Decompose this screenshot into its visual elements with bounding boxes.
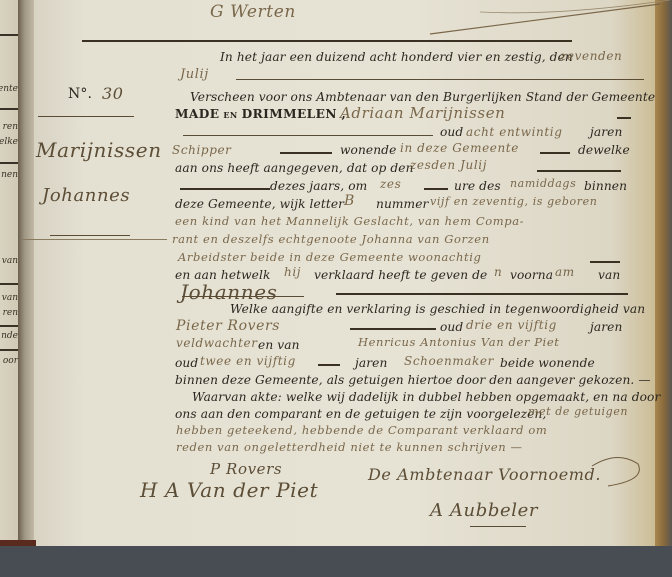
left-fragment: ente (0, 84, 18, 94)
handwritten-pronoun: hij (284, 265, 301, 279)
printed-text: van (598, 268, 620, 282)
handwritten-text: een kind van het Mannelijk Geslacht, van… (175, 214, 524, 228)
flourish-decoration (420, 0, 672, 40)
printed-text: voorna (510, 268, 553, 282)
printed-text: oud (440, 320, 463, 334)
fill-dash (590, 261, 620, 263)
handwritten-time-of-day: namiddags (510, 177, 576, 190)
handwritten-text: hebben geteekend, hebbende de Comparant … (176, 423, 547, 437)
fill-line (183, 135, 433, 136)
fill-dash (617, 117, 631, 119)
printed-text: binnen deze Gemeente, als getuigen hiert… (175, 373, 651, 387)
left-fragment: van (2, 256, 18, 266)
printed-text: ons aan den comparant en de getuigen te … (175, 407, 546, 421)
signature-witness2: H A Van der Piet (140, 478, 318, 502)
fill-line (350, 328, 436, 330)
left-fragment: nde (1, 331, 18, 341)
printed-text: aan ons heeft aangegeven, dat op den (175, 161, 414, 175)
handwritten-witness1-name: Pieter Rovers (176, 318, 280, 334)
entry-separator (82, 40, 287, 42)
page-edge (655, 0, 672, 548)
handwritten-witness1-occupation: veldwachter (176, 336, 258, 350)
fill-dash (540, 152, 570, 154)
margin-rule (38, 116, 134, 117)
printed-text: In het jaar een duizend acht honderd vie… (220, 50, 573, 64)
handwritten-residence: in deze Gemeente (400, 141, 519, 155)
printed-text: deze Gemeente, wijk letter (175, 197, 344, 211)
margin-surname: Marijnissen (36, 138, 162, 162)
printed-text: jaren (590, 125, 622, 139)
handwritten-age: acht entwintig (466, 125, 562, 139)
fill-line (537, 170, 621, 172)
divider (0, 349, 18, 351)
margin-rule (50, 235, 130, 236)
handwritten-profession: Schipper (172, 143, 232, 157)
entry-separator (287, 40, 572, 42)
fill-dash (424, 188, 448, 190)
handwritten-month: Julij (180, 67, 209, 82)
printed-text: jaren (590, 320, 622, 334)
printed-text: dezes jaars, om (270, 179, 367, 193)
handwritten-text: rant en deszelfs echtgenoote Johanna van… (172, 232, 490, 246)
divider (0, 283, 18, 285)
printed-text: wonende (340, 143, 396, 157)
printed-text: en van (258, 338, 300, 352)
printed-text: nummer (376, 197, 428, 211)
left-fragment: ren (3, 308, 18, 318)
handwritten-text: n (494, 265, 502, 279)
handwritten-witness1-age: drie en vijftig (466, 318, 557, 332)
signature-flourish (588, 450, 648, 490)
handwritten-witness2-occupation: Schoenmaker (404, 354, 494, 368)
margin-rule (22, 239, 167, 240)
handwritten-text: Arbeidster beide in deze Gemeente woonac… (178, 250, 481, 264)
fill-line (236, 79, 644, 80)
handwritten-text: reden van ongeletterdheid niet te kunnen… (176, 440, 523, 454)
printed-text: Verscheen voor ons Ambtenaar van den Bur… (190, 90, 655, 104)
signature-witness1: P Rovers (210, 460, 282, 478)
printed-text: oud (440, 125, 463, 139)
printed-text: ure des (454, 179, 501, 193)
divider (0, 325, 18, 327)
signature-official-title: De Ambtenaar Voornoemd. (368, 465, 601, 484)
margin-given-name: Johannes (42, 185, 130, 206)
document-scan: ente ren elke nen van van ren nde oor G … (0, 0, 672, 577)
municipality-name: MADE EN DRIMMELEN , (175, 107, 346, 121)
fill-line (180, 188, 270, 190)
divider (0, 34, 18, 36)
divider (0, 162, 18, 164)
handwritten-declarant-name: Adriaan Marijnissen (340, 104, 505, 122)
handwritten-witness2-age: twee en vijftig (200, 354, 296, 368)
fill-line (336, 293, 628, 295)
handwritten-witness2-name: Henricus Antonius Van der Piet (358, 335, 559, 349)
left-fragment: van (2, 293, 18, 303)
divider (0, 108, 18, 110)
printed-text: jaren (355, 356, 387, 370)
printed-text: oud (175, 356, 198, 370)
handwritten-text: met de getuigen (528, 405, 628, 418)
fill-dash (318, 364, 340, 366)
printed-text: Welke aangifte en verklaring is geschied… (230, 302, 645, 316)
entry-number-label: N°. (68, 86, 92, 102)
printed-text: dewelke (578, 143, 630, 157)
handwritten-day: zevenden (560, 49, 622, 63)
handwritten-ward-letter: B (344, 193, 355, 209)
previous-entry-signature: G Werten (210, 2, 296, 22)
signature-underline (470, 526, 526, 527)
handwritten-birth-date: zesden Julij (410, 158, 487, 172)
printed-text: verklaard heeft te geven de (314, 268, 487, 282)
entry-number-value: 30 (102, 84, 124, 103)
fill-dash (280, 152, 332, 154)
background-surface (0, 546, 672, 577)
handwritten-child-name: Johannes (180, 280, 278, 304)
handwritten-house-number: vijf en zeventig, is geboren (430, 195, 597, 208)
handwritten-hour: zes (380, 177, 401, 191)
printed-text: binnen (584, 179, 627, 193)
signature-official: A Aubbeler (430, 500, 538, 521)
left-fragment: ren (3, 122, 18, 132)
left-fragment: oor (3, 356, 18, 366)
underline (182, 296, 304, 297)
left-fragment: nen (1, 170, 18, 180)
printed-text: beide wonende (500, 356, 595, 370)
left-facing-page: ente ren elke nen van van ren nde oor (0, 0, 20, 548)
left-fragment: elke (0, 137, 18, 147)
handwritten-text: am (555, 265, 575, 279)
printed-text: Waarvan akte: welke wij dadelijk in dubb… (192, 390, 660, 404)
